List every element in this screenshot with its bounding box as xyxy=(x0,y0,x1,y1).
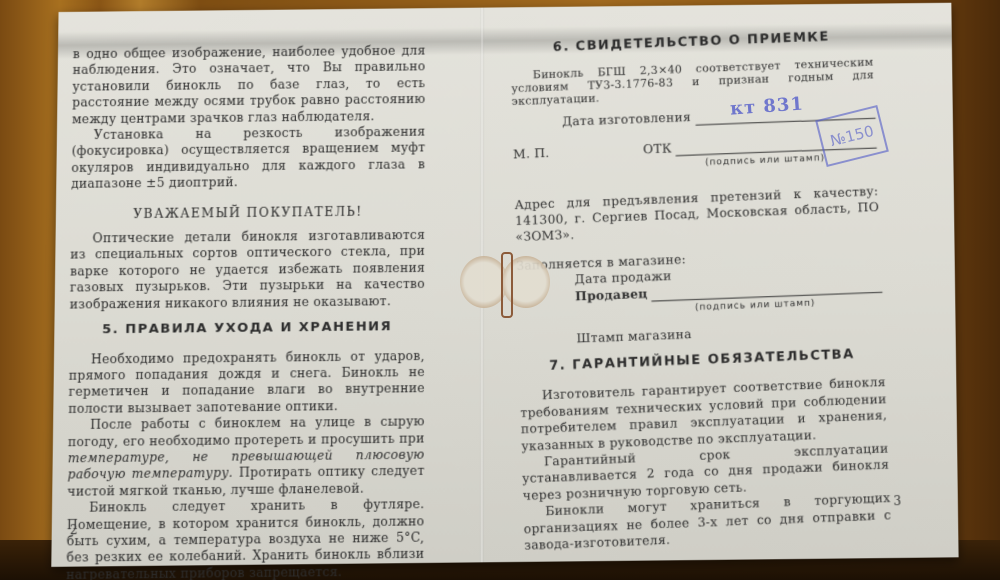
paragraph: в одно общее изображение, наиболее удобн… xyxy=(72,43,426,128)
paragraph: Бинокль следует хранить в футляре. Помещ… xyxy=(66,496,424,580)
claims-address: Адрес для предъявления претензий к качес… xyxy=(514,183,880,246)
section-6-title: 6. СВИДЕТЕЛЬСТВО О ПРИЕМКЕ xyxy=(510,28,873,58)
mp-label: М. П. xyxy=(513,145,550,163)
section-5-title: 5. ПРАВИЛА УХОДА И ХРАНЕНИЯ xyxy=(69,319,425,339)
left-page: в одно общее изображение, наиболее удобн… xyxy=(66,43,425,580)
page-number-left: 2 xyxy=(70,523,78,537)
staple-icon xyxy=(501,252,513,318)
section-7-title: 7. ГАРАНТИЙНЫЕ ОБЯЗАТЕЛЬСТВА xyxy=(519,346,885,377)
acceptance-text: Бинокль БГШ 2,3×40 соответствует техниче… xyxy=(511,56,875,108)
paragraph: Необходимо предохранять бинокль от ударо… xyxy=(68,347,425,417)
seller-label: Продавец xyxy=(575,285,648,304)
paragraph: Установка на резкость изображения (фокус… xyxy=(71,124,425,193)
page-number-right: 3 xyxy=(893,494,901,508)
otk-label: ОТК xyxy=(643,140,672,157)
paragraph: Оптические детали бинокля изготавливаютс… xyxy=(70,227,426,313)
staple-with-stain xyxy=(460,252,550,314)
manufacture-date-label: Дата изготовления xyxy=(562,109,691,130)
text-run: После работы с биноклем на улице в сырую… xyxy=(68,414,425,448)
store-stamp-label: Штамп магазина xyxy=(576,319,884,347)
paragraph: После работы с биноклем на улице в сырую… xyxy=(67,413,424,500)
right-page: 6. СВИДЕТЕЛЬСТВО О ПРИЕМКЕ Бинокль БГШ 2… xyxy=(510,28,892,554)
heading-dear-customer: УВАЖАЕМЫЙ ПОКУПАТЕЛЬ! xyxy=(71,203,425,223)
